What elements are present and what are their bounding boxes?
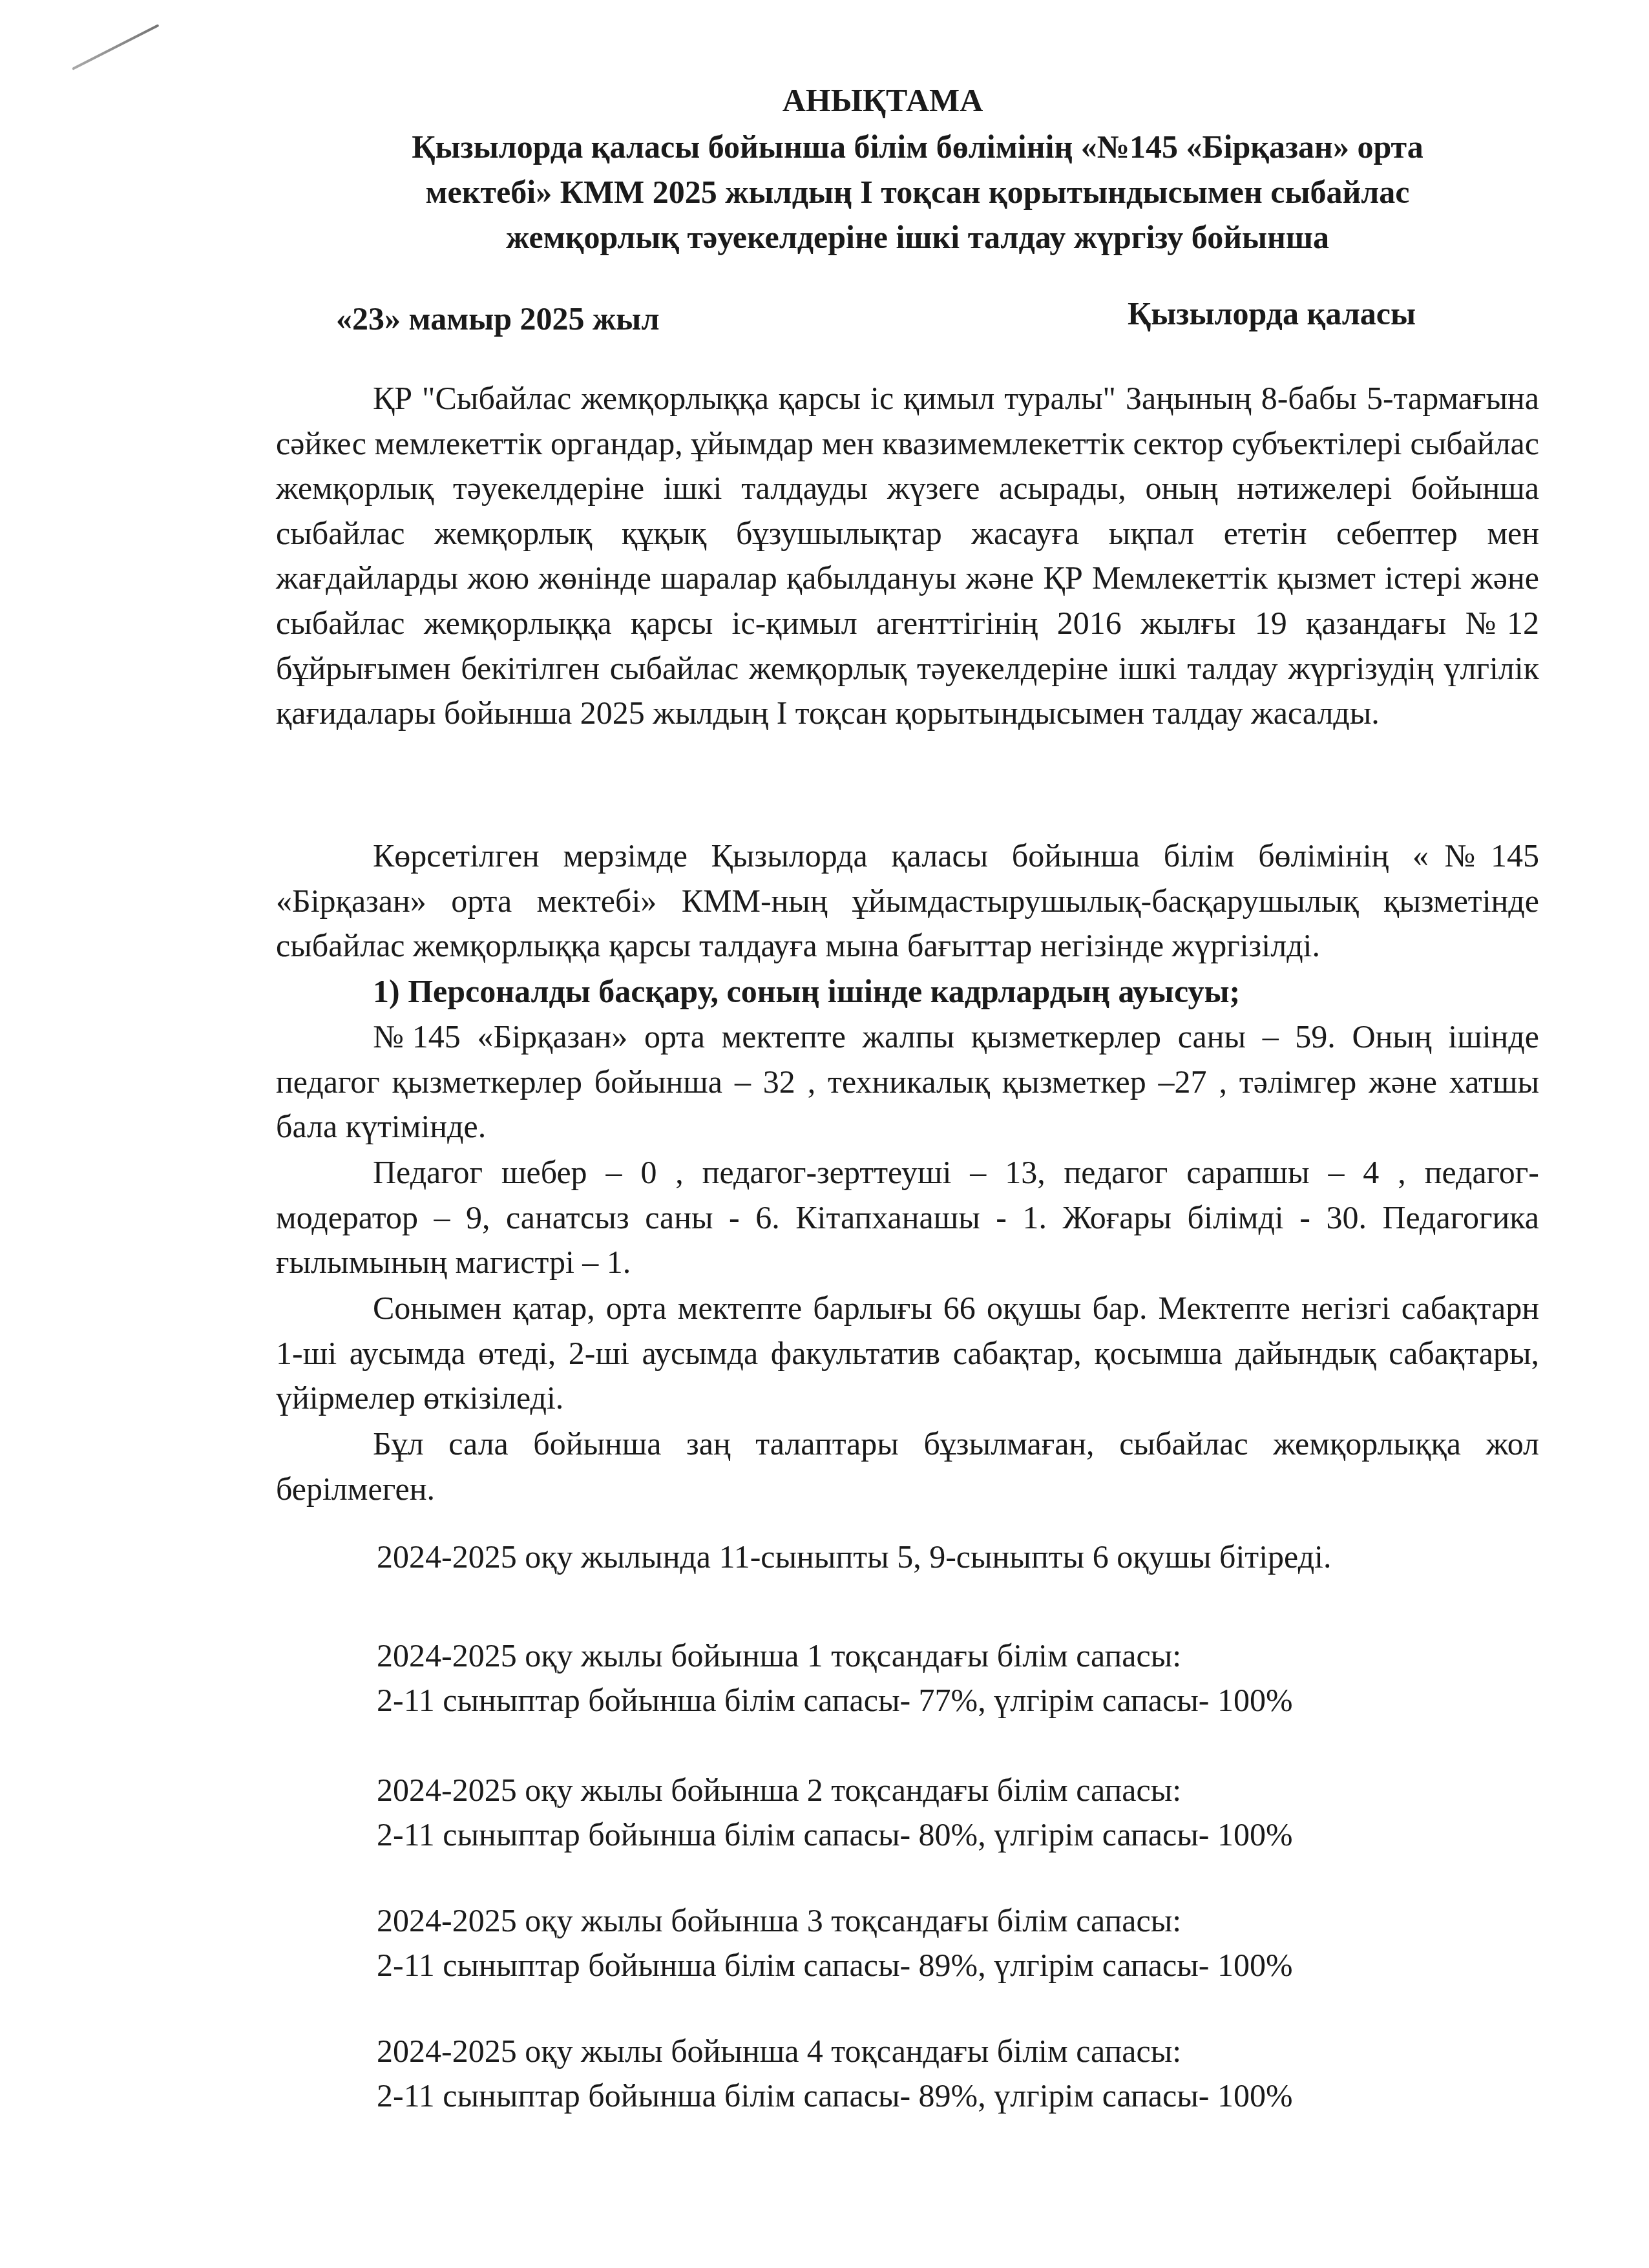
- paragraph-scope: Көрсетілген мерзімде Қызылорда қаласы бо…: [276, 834, 1539, 969]
- paragraph-text: ҚР "Сыбайлас жемқорлыққа қарсы іс қимыл …: [276, 376, 1539, 736]
- quarter-heading: 2024-2025 оқу жылы бойынша 1 тоқсандағы …: [377, 1633, 1293, 1678]
- paragraph-text: Педагог шебер – 0 , педагог-зерттеуші – …: [276, 1150, 1539, 1285]
- quarter-heading: 2024-2025 оқу жылы бойынша 2 тоқсандағы …: [377, 1768, 1293, 1812]
- paragraph-staff: №145 «Бірқазан» орта мектепте жалпы қызм…: [276, 1014, 1539, 1150]
- document-subtitle: Қызылорда қаласы бойынша білім бөлімінің…: [297, 124, 1538, 260]
- quarter-result: 2-11 сыныптар бойынша білім сапасы- 89%,…: [377, 2074, 1293, 2118]
- paragraph-intro: ҚР "Сыбайлас жемқорлыққа қарсы іс қимыл …: [276, 376, 1539, 736]
- paragraph-students: Сонымен қатар, орта мектепте барлығы 66 …: [276, 1286, 1539, 1421]
- section-heading-text: 1) Персоналды басқару, соның ішінде кадр…: [276, 969, 1539, 1014]
- quarter-result: 2-11 сыныптар бойынша білім сапасы- 89%,…: [377, 1943, 1293, 1988]
- quarter-block-3: 2024-2025 оқу жылы бойынша 3 тоқсандағы …: [377, 1898, 1293, 1988]
- quarter-result: 2-11 сыныптар бойынша білім сапасы- 80%,…: [377, 1812, 1293, 1857]
- subtitle-line: Қызылорда қаласы бойынша білім бөлімінің…: [297, 124, 1538, 169]
- quarter-heading: 2024-2025 оқу жылы бойынша 4 тоқсандағы …: [377, 2029, 1293, 2074]
- quarter-block-1: 2024-2025 оқу жылы бойынша 1 тоқсандағы …: [377, 1633, 1293, 1723]
- document-title: АНЫҚТАМА: [0, 78, 1649, 123]
- section-heading: 1) Персоналды басқару, соның ішінде кадр…: [276, 969, 1539, 1014]
- paragraph-text: Көрсетілген мерзімде Қызылорда қаласы бо…: [276, 834, 1539, 969]
- paragraph-text: Бұл сала бойынша заң талаптары бұзылмаға…: [276, 1422, 1539, 1511]
- quarter-block-4: 2024-2025 оқу жылы бойынша 4 тоқсандағы …: [377, 2029, 1293, 2118]
- document-page: АНЫҚТАМА Қызылорда қаласы бойынша білім …: [0, 0, 1649, 2268]
- subtitle-line: жемқорлық тәуекелдеріне ішкі талдау жүрг…: [297, 215, 1538, 260]
- quarter-heading: 2024-2025 оқу жылы бойынша 3 тоқсандағы …: [377, 1898, 1293, 1943]
- pen-mark: [72, 24, 159, 70]
- subtitle-line: мектебі» КММ 2025 жылдың I тоқсан қорыты…: [297, 169, 1538, 215]
- document-city: Қызылорда қаласы: [1128, 291, 1416, 336]
- graduates-line: 2024-2025 оқу жылында 11-сыныпты 5, 9-сы…: [377, 1535, 1331, 1579]
- paragraph-categories: Педагог шебер – 0 , педагог-зерттеуші – …: [276, 1150, 1539, 1285]
- paragraph-text: №145 «Бірқазан» орта мектепте жалпы қызм…: [276, 1014, 1539, 1150]
- document-date: «23» мамыр 2025 жыл: [336, 296, 659, 341]
- quarter-result: 2-11 сыныптар бойынша білім сапасы- 77%,…: [377, 1678, 1293, 1723]
- paragraph-text: Сонымен қатар, орта мектепте барлығы 66 …: [276, 1286, 1539, 1421]
- paragraph-conclusion: Бұл сала бойынша заң талаптары бұзылмаға…: [276, 1422, 1539, 1511]
- quarter-block-2: 2024-2025 оқу жылы бойынша 2 тоқсандағы …: [377, 1768, 1293, 1857]
